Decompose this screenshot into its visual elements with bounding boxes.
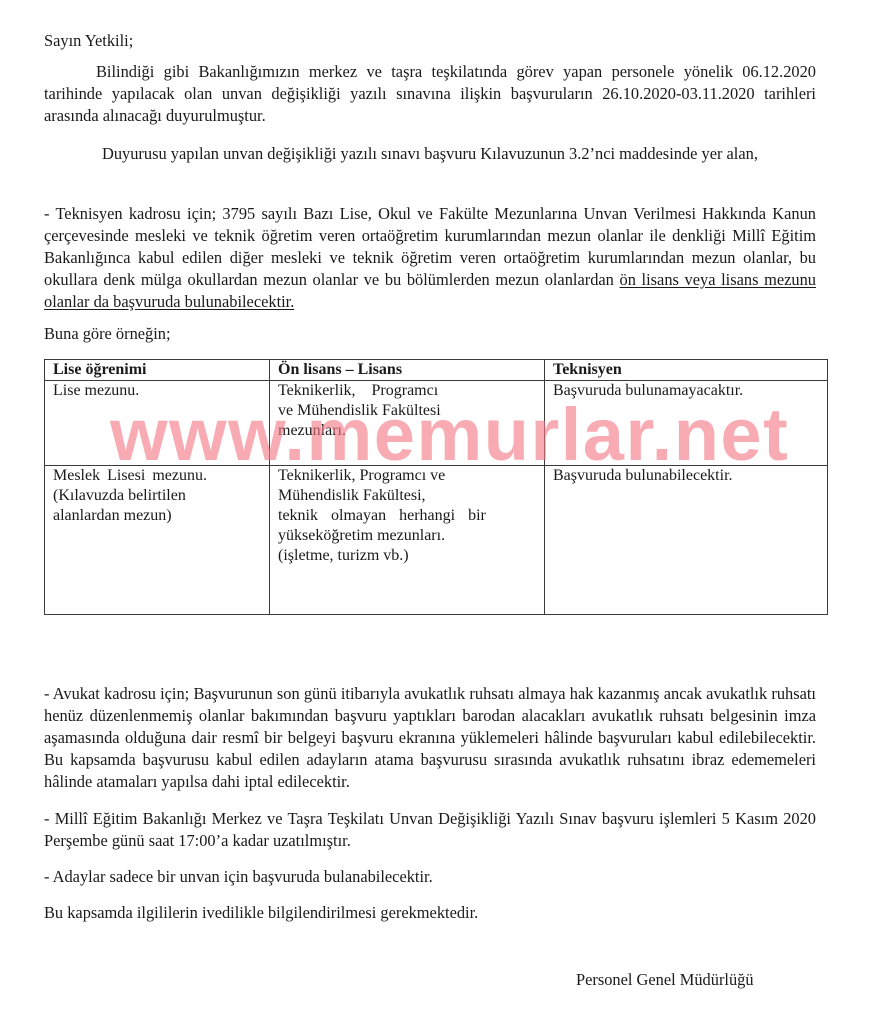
- cell-line: (Kılavuzda belirtilen: [53, 486, 261, 506]
- cell-high-school: Meslek Lisesi mezunu. (Kılavuzda belirti…: [45, 466, 270, 615]
- header-associate-bachelor: Ön lisans – Lisans: [270, 360, 545, 381]
- table-header-row: Lise öğrenimi Ön lisans – Lisans Teknisy…: [45, 360, 828, 381]
- cell-line: yükseköğretim mezunları.: [278, 526, 536, 546]
- cell-line: Mühendislik Fakültesi,: [278, 486, 536, 506]
- header-high-school: Lise öğrenimi: [45, 360, 270, 381]
- cell-line: Başvuruda bulunamayacaktır.: [553, 381, 819, 401]
- paragraph-deadline-extension: - Millî Eğitim Bakanlığı Merkez ve Taşra…: [44, 808, 816, 852]
- paragraph-single-title: - Adaylar sadece bir unvan için başvurud…: [44, 866, 816, 888]
- header-technician: Teknisyen: [545, 360, 828, 381]
- cell-line: alanlardan mezun): [53, 506, 261, 526]
- cell-technician: Başvuruda bulunabilecektir.: [545, 466, 828, 615]
- table-row: Meslek Lisesi mezunu. (Kılavuzda belirti…: [45, 466, 828, 615]
- closing-sentence: Bu kapsamda ilgililerin ivedilikle bilgi…: [44, 902, 816, 924]
- document-page: Sayın Yetkili; Bilindiği gibi Bakanlığım…: [0, 0, 880, 1018]
- paragraph-lawyer: - Avukat kadrosu için; Başvurunun son gü…: [44, 683, 816, 793]
- cell-line: (işletme, turizm vb.): [278, 546, 536, 566]
- cell-technician: Başvuruda bulunamayacaktır.: [545, 381, 828, 466]
- table-row: Lise mezunu. Teknikerlik, Programcı ve M…: [45, 381, 828, 466]
- cell-line: Teknikerlik, Programcı ve: [278, 466, 536, 486]
- greeting: Sayın Yetkili;: [44, 30, 816, 52]
- cell-line: mezunları.: [278, 421, 536, 441]
- cell-line: Lise mezunu.: [53, 381, 261, 401]
- cell-high-school: Lise mezunu.: [45, 381, 270, 466]
- cell-line: ve Mühendislik Fakültesi: [278, 401, 536, 421]
- cell-line: teknik olmayan herhangi bir: [278, 506, 536, 526]
- cell-associate-bachelor: Teknikerlik, Programcı ve Mühendislik Fa…: [270, 466, 545, 615]
- cell-line: Meslek Lisesi mezunu.: [53, 466, 261, 486]
- table-intro: Buna göre örneğin;: [44, 323, 816, 345]
- cell-line: Başvuruda bulunabilecektir.: [553, 466, 819, 486]
- cell-line: Teknikerlik, Programcı: [278, 381, 536, 401]
- comparison-table: Lise öğrenimi Ön lisans – Lisans Teknisy…: [44, 359, 828, 615]
- paragraph-announcement: Bilindiği gibi Bakanlığımızın merkez ve …: [44, 61, 816, 127]
- paragraph-guide-reference: Duyurusu yapılan unvan değişikliği yazıl…: [44, 143, 816, 165]
- cell-associate-bachelor: Teknikerlik, Programcı ve Mühendislik Fa…: [270, 381, 545, 466]
- paragraph-technician: - Teknisyen kadrosu için; 3795 sayılı Ba…: [44, 203, 816, 313]
- signature: Personel Genel Müdürlüğü: [576, 969, 754, 991]
